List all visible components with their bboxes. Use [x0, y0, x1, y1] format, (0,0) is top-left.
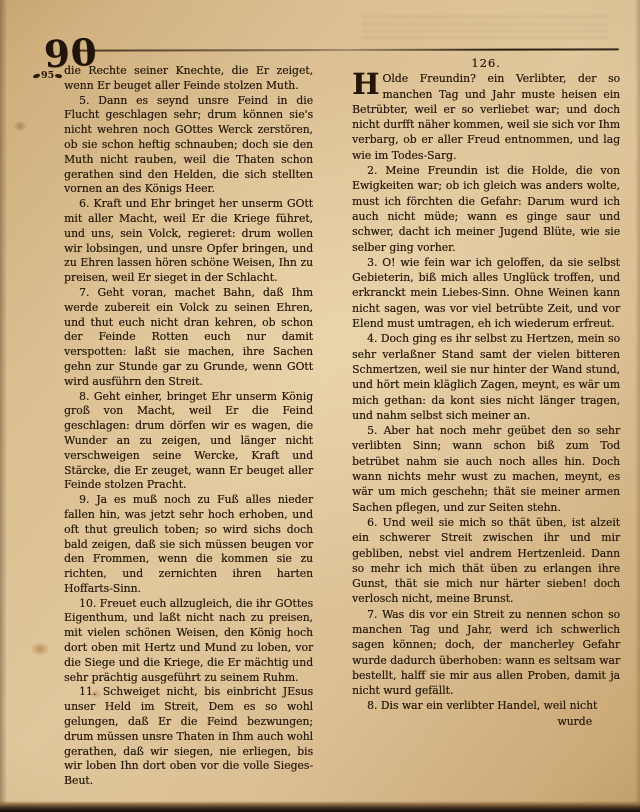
- paragraph: 7. Geht voran, machet Bahn, daß Ihm werd…: [64, 286, 313, 390]
- paragraph-text: 2. Meine Freundin ist die Holde, die von…: [352, 164, 620, 253]
- paragraph-text: 6. Kraft und Ehr bringet her unserm GOtt…: [64, 197, 313, 284]
- paragraph: 2. Meine Freundin ist die Holde, die von…: [352, 163, 620, 255]
- paragraph: 4. Doch ging es ihr selbst zu Hertzen, m…: [352, 331, 620, 423]
- paragraph: 8. Geht einher, bringet Ehr unserm König…: [64, 390, 313, 494]
- left-column: die Rechte seiner Knechte, die Er zeiget…: [64, 64, 313, 789]
- paragraph-text: 11. Schweiget nicht, bis einbricht JEsus…: [64, 685, 313, 787]
- paragraph-text: 5. Dann es seynd unsre Feind in die Fluc…: [64, 94, 313, 196]
- paragraph: HOlde Freundin? ein Verlibter, der so ma…: [352, 71, 620, 163]
- ink-showthrough: [362, 16, 608, 42]
- page-right-edge: [635, 0, 640, 812]
- paragraph: 5. Aber hat noch mehr geübet den so sehr…: [352, 423, 620, 515]
- flourish-left-icon: [33, 73, 41, 78]
- paragraph-text: Olde Freundin? ein Verlibter, der so man…: [352, 72, 620, 161]
- paragraph: 6. Kraft und Ehr bringet her unserm GOtt…: [64, 197, 313, 286]
- paragraph: die Rechte seiner Knechte, die Er zeiget…: [64, 64, 313, 94]
- catchword: wurde: [352, 714, 620, 729]
- paragraph: 9. Ja es muß noch zu Fuß alles nieder fa…: [64, 493, 313, 597]
- right-column: 126. HOlde Freundin? ein Verlibter, der …: [352, 56, 620, 729]
- signature-ornament: 95: [33, 70, 62, 81]
- paragraph-text: 4. Doch ging es ihr selbst zu Hertzen, m…: [352, 332, 620, 421]
- paragraph-text: 6. Und weil sie mich so thät üben, ist a…: [352, 516, 620, 605]
- paragraph-text: 5. Aber hat noch mehr geübet den so sehr…: [352, 424, 620, 513]
- page-left-edge: [0, 0, 7, 812]
- drop-cap: H: [352, 71, 382, 97]
- paragraph: 8. Dis war ein verlibter Handel, weil ni…: [352, 698, 620, 713]
- paragraph: 5. Dann es seynd unsre Feind in die Fluc…: [64, 94, 313, 198]
- paragraph-text: 3. O! wie fein war ich geloffen, da sie …: [352, 256, 620, 330]
- paragraph-text: 9. Ja es muß noch zu Fuß alles nieder fa…: [64, 493, 313, 595]
- paragraph: 6. Und weil sie mich so thät üben, ist a…: [352, 515, 620, 607]
- header-rule-line: [72, 48, 619, 51]
- paragraph-text: 7. Geht voran, machet Bahn, daß Ihm werd…: [64, 286, 313, 388]
- paragraph: 11. Schweiget nicht, bis einbricht JEsus…: [64, 685, 313, 789]
- paragraph-text: 8. Geht einher, bringet Ehr unserm König…: [64, 390, 313, 492]
- paragraph-text: 10. Freuet euch allzugleich, die ihr GOt…: [64, 597, 313, 684]
- paragraph: 3. O! wie fein war ich geloffen, da sie …: [352, 255, 620, 331]
- paragraph: 7. Was dis vor ein Streit zu nennen scho…: [352, 607, 620, 699]
- paragraph-text: 8. Dis war ein verlibter Handel, weil ni…: [367, 699, 597, 712]
- page-bottom-edge: [0, 801, 640, 812]
- paragraph-text: 7. Was dis vor ein Streit zu nennen scho…: [352, 608, 620, 697]
- ornament-number: 95: [41, 70, 54, 81]
- paragraph: 10. Freuet euch allzugleich, die ihr GOt…: [64, 597, 313, 686]
- flourish-right-icon: [55, 73, 63, 79]
- paragraph-text: die Rechte seiner Knechte, die Er zeiget…: [64, 64, 313, 92]
- printed-page-number: 126.: [352, 56, 620, 71]
